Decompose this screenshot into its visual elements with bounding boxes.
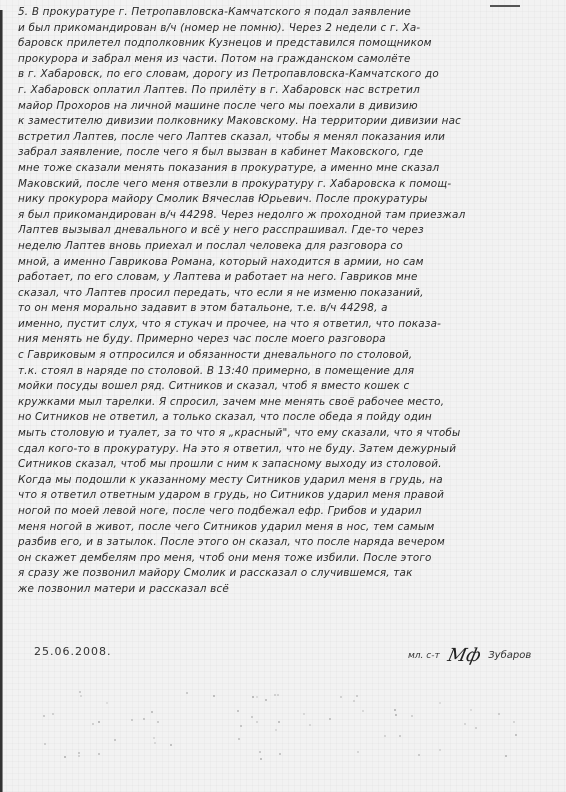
handwritten-line: Когда мы подошли к указанному месту Ситн… [18,473,548,489]
scan-speck [260,758,262,760]
handwritten-line: я был прикомандирован в/ч 44298. Через н… [18,208,548,224]
scan-speck [353,700,355,702]
scan-speck [265,699,267,701]
scan-speck [439,749,441,751]
scan-speck [143,718,145,720]
handwritten-line: к заместителю дивизии полковнику Маковск… [18,114,548,130]
handwritten-line: он скажет дембелям про меня, чтоб они ме… [18,551,548,567]
scan-speck [256,696,258,698]
handwritten-line: мойки посуды вошел ряд. Ситников и сказа… [18,379,548,395]
scan-speck [251,716,253,718]
scan-speck [238,738,240,740]
scan-speck [106,702,108,704]
scanned-page: 5. В прокуратуре г. Петропавловска-Камча… [0,0,566,792]
scan-speck [240,725,242,727]
scan-speck [357,751,359,753]
handwritten-line: забрал заявление, после чего я был вызва… [18,145,548,161]
handwritten-line: я сразу же позвонил майору Смолик и расс… [18,566,548,582]
scan-speck [498,713,500,715]
scan-speck [131,719,133,721]
scan-speck [513,721,515,723]
handwritten-line: но Ситников не ответил, а только сказал,… [18,410,548,426]
handwritten-line: Маковский, после чего меня отвезли в про… [18,177,548,193]
handwritten-line: т.к. стоял в наряде по столовой. В 13:40… [18,364,548,380]
scan-speck [277,694,279,696]
scan-speck [418,754,420,756]
signature-mark: Мф [445,645,482,666]
scan-speck [157,721,159,723]
scan-speck [274,694,276,696]
handwritten-line: мыть столовую и туалет, за то что я „кра… [18,426,548,442]
scan-speck [78,752,80,754]
handwritten-line: и был прикомандирован в/ч (номер не помн… [18,21,548,37]
scan-speck [64,756,66,758]
handwritten-line: разбив его, и в затылок. После этого он … [18,535,548,551]
handwritten-line: встретил Лаптев, после чего Лаптев сказа… [18,130,548,146]
handwritten-line: то он меня морально задавит в этом батал… [18,301,548,317]
scan-speck [505,755,507,757]
scan-speck [170,744,172,746]
scan-speck [411,715,413,717]
signer-rank: мл. с-т [408,651,440,661]
handwritten-line: майор Прохоров на личной машине после че… [18,99,548,115]
handwritten-line: неделю Лаптев вновь приехал и послал чел… [18,239,548,255]
scan-speck [52,713,54,715]
scan-speck [278,721,280,723]
handwritten-line: Ситников сказал, чтоб мы прошли с ним к … [18,457,548,473]
handwritten-line: в г. Хабаровск, по его словам, дорогу из… [18,67,548,83]
scan-edge-shadow [0,10,4,792]
scan-speck [154,742,156,744]
scan-speck [80,695,82,697]
signer-name: Зубаров [488,650,531,661]
scan-speck [475,727,477,729]
scan-speck [279,753,281,755]
handwritten-line: 5. В прокуратуре г. Петропавловска-Камча… [18,5,548,21]
handwritten-line: работает, по его словам, у Лаптева и раб… [18,270,548,286]
scan-speck [186,692,188,694]
scan-speck [394,709,396,711]
scan-speck [92,723,94,725]
scan-speck [79,691,81,693]
handwritten-line: меня ногой в живот, после чего Ситников … [18,520,548,536]
scan-speck [303,713,305,715]
scan-speck [259,751,261,753]
handwritten-line: нику прокурора майору Смолик Вячеслав Юр… [18,192,548,208]
scan-speck [43,715,45,717]
handwritten-line: ния менять не буду. Примерно через час п… [18,332,548,348]
scan-speck [153,737,155,739]
handwritten-line: сдал кого-то в прокуратуру. На это я отв… [18,442,548,458]
scan-speck [309,724,311,726]
handwritten-line: ногой по моей левой ноге, после чего под… [18,504,548,520]
handwritten-statement-body: 5. В прокуратуре г. Петропавловска-Камча… [18,5,548,598]
scan-speck [356,695,358,697]
scan-speck [78,755,80,757]
scan-speck [395,714,397,716]
handwritten-line: мне тоже сказали менять показания в прок… [18,161,548,177]
handwritten-line: мной, а именно Гаврикова Романа, который… [18,255,548,271]
handwritten-line: кружками мыл тарелки. Я спросил, зачем м… [18,395,548,411]
signature-block: мл. с-т Мф Зубаров [408,645,531,666]
scan-speck [384,735,386,737]
scan-speck [114,739,116,741]
scan-speck [340,696,342,698]
handwritten-line: баровск прилетел подполковник Кузнецов и… [18,36,548,52]
handwritten-line: что я ответил ответным ударом в грудь, н… [18,488,548,504]
scan-speck [470,709,472,711]
handwritten-line: сказал, что Лаптев просил передать, что … [18,286,548,302]
scan-speck [252,696,254,698]
handwritten-line: прокурора и забрал меня из части. Потом … [18,52,548,68]
handwritten-line: с Гавриковым я отпросился и обязанности … [18,348,548,364]
handwritten-line: именно, пустит слух, что я стукач и проч… [18,317,548,333]
scan-speck [362,710,364,712]
scan-speck [98,753,100,755]
scan-speck [329,718,331,720]
scan-speck [256,721,258,723]
scan-speck [98,721,100,723]
scan-speck [275,729,277,731]
document-date: 25.06.2008. [34,645,111,658]
handwritten-line: г. Хабаровск оплатил Лаптев. По прилёту … [18,83,548,99]
scan-speck [464,723,466,725]
scan-speck [399,735,401,737]
scan-speck [44,743,46,745]
scan-speck [213,695,215,697]
scan-speck [439,702,441,704]
handwritten-line: же позвонил матери и рассказал всё [18,582,548,598]
handwritten-line: Лаптев вызывал дневального и всё у него … [18,223,548,239]
scan-speck [237,710,239,712]
scan-speck [151,711,153,713]
scan-speck [515,734,517,736]
